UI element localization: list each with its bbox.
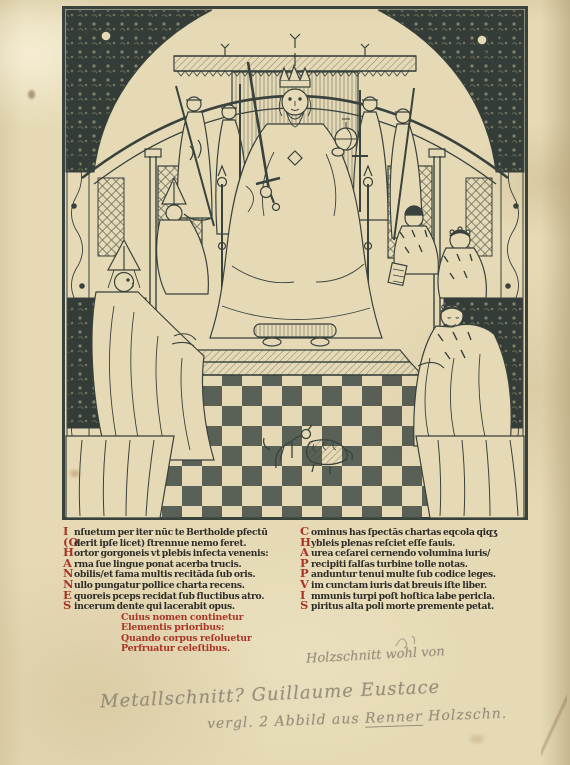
line-text: urea ceſarei cernendo volumina iuris/	[311, 548, 490, 559]
line-text: ybleis plenas reſciet eſſe fauis.	[311, 538, 455, 549]
line-initial: S	[300, 600, 311, 610]
poem-line: (Oderit ipſe licet) ſtrennue nemo feret.	[63, 537, 268, 548]
poem-line: Equoreis pceps recidat ſub fluctibus atr…	[63, 590, 268, 601]
pencil-annotation-2: Metallschnitt? Guillaume Eustace	[100, 677, 441, 713]
annotation-underlined-word: Renner	[365, 709, 423, 728]
poem-line: Panduntur tenui multe ſub codice leges.	[300, 568, 497, 579]
line-text: mmunis turpi poſt hoſtica labe pericla.	[311, 591, 495, 602]
line-text: anduntur tenui multe ſub codice leges.	[311, 569, 496, 580]
rubric-line: Perfruatur celeſtibus.	[121, 643, 252, 653]
poem-line: Inſuetum per iter nūc te Bertholde pfect…	[63, 526, 268, 537]
poem-line: Sincerum dente qui lacerabit opus.	[63, 600, 268, 611]
line-text: incerum dente qui lacerabit opus.	[74, 601, 235, 612]
line-text: quoreis pceps recidat ſub fluctibus atro…	[74, 591, 264, 602]
poem-right-column: Cominus has ſpectās chartas eqcola qiqʒ …	[300, 526, 497, 611]
draped-table-right	[416, 436, 524, 518]
line-text: im cunctam iuris dat breuis iſte liber.	[311, 580, 487, 591]
incunable-page: Inſuetum per iter nūc te Bertholde pfect…	[0, 0, 570, 765]
poem-left-column: Inſuetum per iter nūc te Bertholde pfect…	[63, 526, 268, 611]
line-text: piritus alta poli morte premente petat.	[311, 601, 494, 612]
line-text: obilis/et fama multis recitāda ſub oris.	[74, 569, 255, 580]
stain	[470, 735, 484, 743]
draped-table-left	[66, 436, 174, 518]
line-text: ominus has ſpectās chartas eqcola qiqʒ	[311, 527, 497, 538]
poem-line: Immunis turpi poſt hoſtica labe pericla.	[300, 590, 497, 601]
rubric-line: Cuius nomen continetur	[121, 612, 252, 622]
line-text: nſuetum per iter nūc te Bertholde pfectū	[74, 527, 268, 538]
rubric-line: Quando corpus reſoluetur	[121, 633, 252, 643]
ink-spot	[28, 90, 35, 99]
poem-line: Hortor gorgoneis vt plebis infecta venen…	[63, 547, 268, 558]
page-crease	[541, 685, 567, 765]
annotation-text: Holzschn.	[423, 706, 508, 725]
line-text: derit ipſe licet) ſtrennue nemo feret.	[74, 538, 246, 549]
poem-line: Aurea ceſarei cernendo volumina iuris/	[300, 547, 497, 558]
poem-line: Cominus has ſpectās chartas eqcola qiqʒ	[300, 526, 497, 537]
poem-line: Vim cunctam iuris dat breuis iſte liber.	[300, 579, 497, 590]
line-initial: S	[63, 600, 74, 610]
line-text: rma ſue lingue ponat acerba trucis.	[74, 559, 241, 570]
annotation-text: vergl. 2 Abbild aus	[207, 711, 365, 733]
woodcut-svg	[62, 6, 528, 520]
pencil-annotation-3: vergl. 2 Abbild aus Renner Holzschn.	[207, 706, 508, 732]
rubric-line: Elementis prioribus:	[121, 622, 252, 632]
poem-line: Nullo pungatur pollice charta recens.	[63, 579, 268, 590]
line-text: recipiti falſas turbine tolle notas.	[311, 559, 468, 570]
poem-line: Precipiti falſas turbine tolle notas.	[300, 558, 497, 569]
woodcut-illustration	[62, 6, 528, 520]
poem-line: Hybleis plenas reſciet eſſe fauis.	[300, 537, 497, 548]
line-text: ortor gorgoneis vt plebis infecta veneni…	[74, 548, 268, 559]
poem-line: Arma ſue lingue ponat acerba trucis.	[63, 558, 268, 569]
poem-line: Nobilis/et fama multis recitāda ſub oris…	[63, 568, 268, 579]
poem-line: Spiritus alta poli morte premente petat.	[300, 600, 497, 611]
pencil-annotation-1: Holzschnitt wohl von	[306, 644, 445, 666]
rubric-verse: Cuius nomen continetur Elementis priorib…	[121, 612, 252, 653]
line-text: ullo pungatur pollice charta recens.	[74, 580, 245, 591]
